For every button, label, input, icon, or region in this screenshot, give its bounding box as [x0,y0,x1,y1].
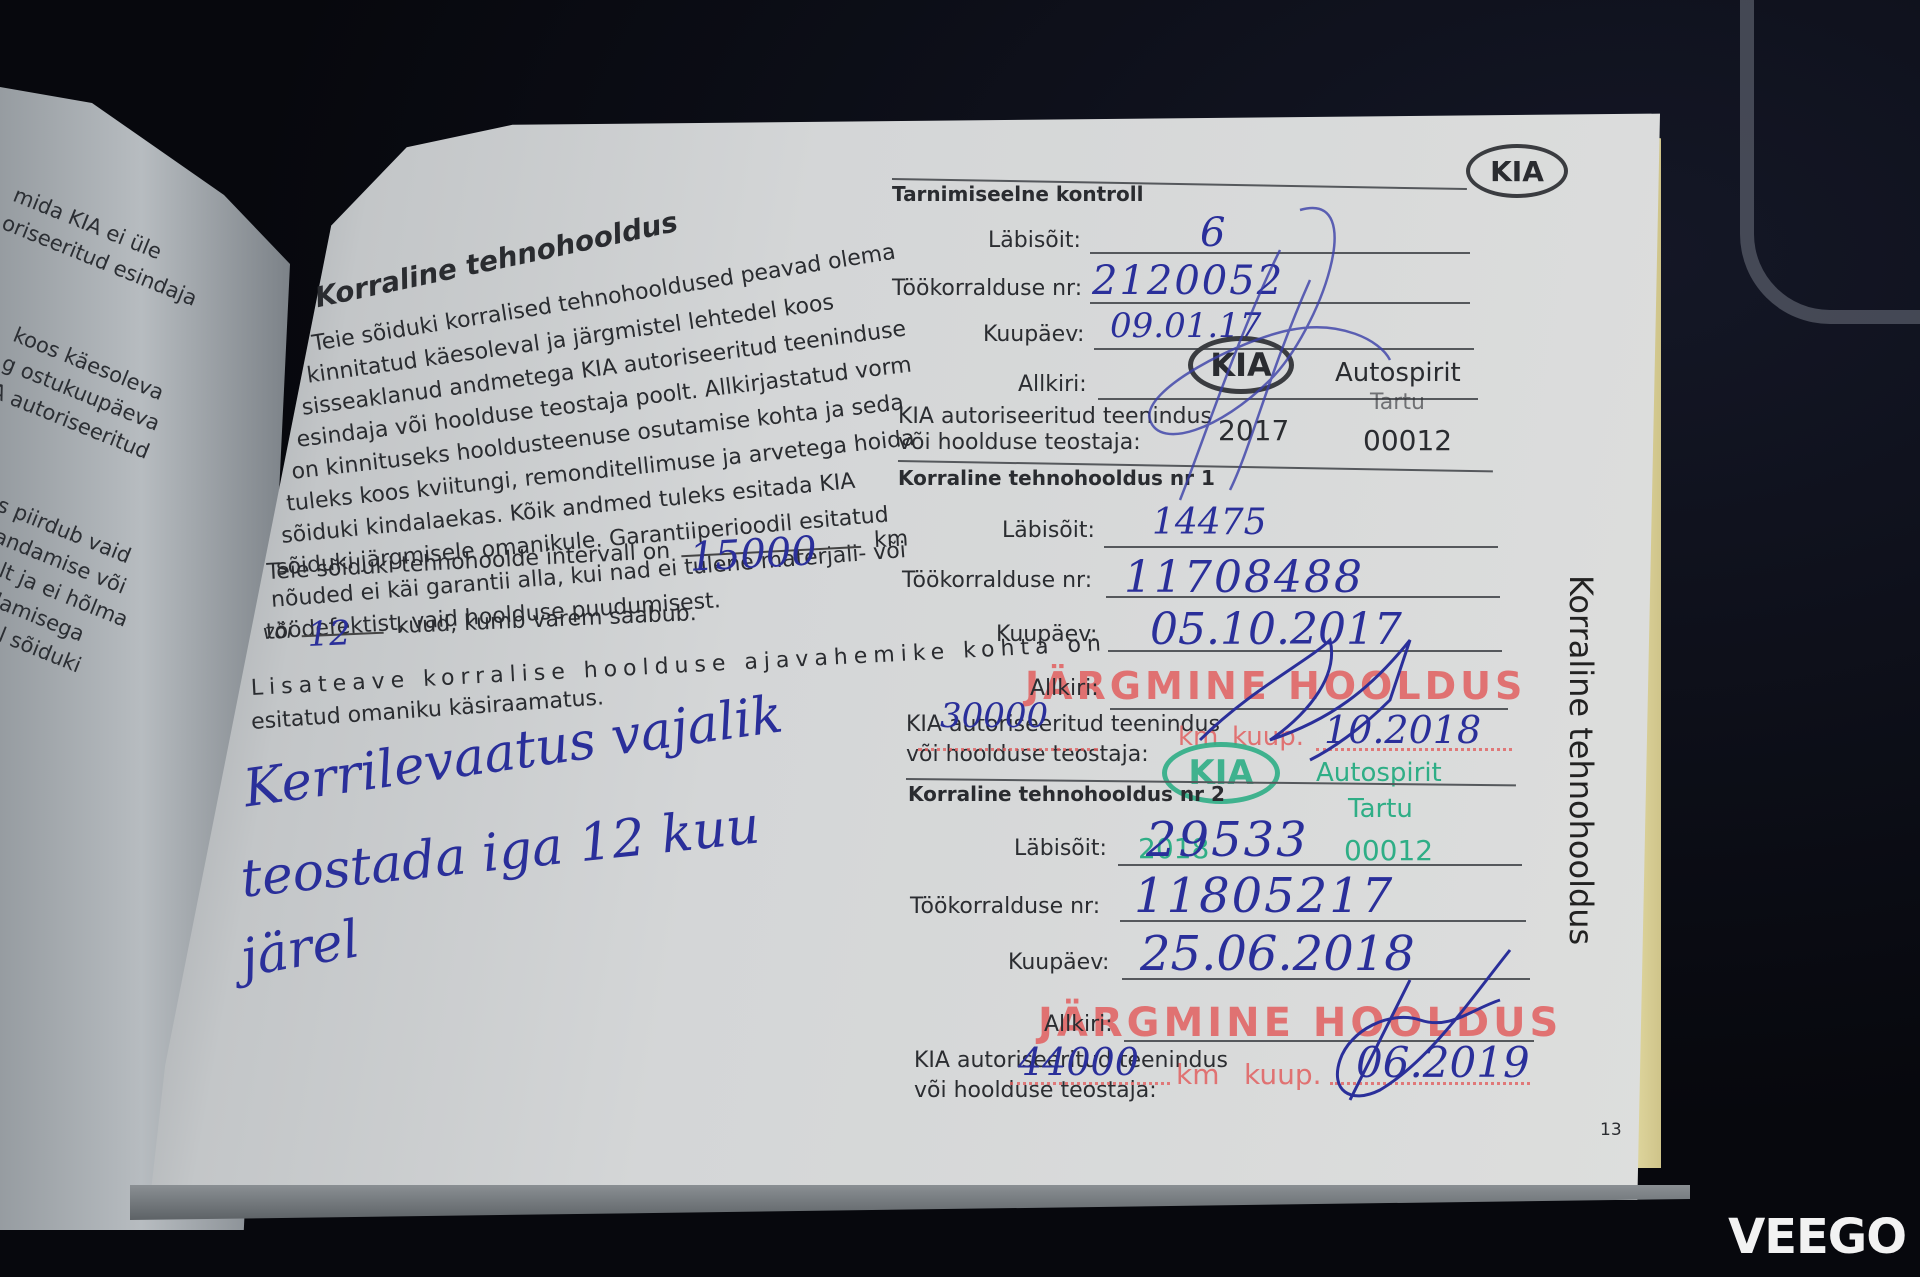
stamp-city: Tartu [1348,794,1413,824]
next-service-km: 30000 [940,696,1048,736]
field-label: Kuupäev: [1008,950,1109,975]
next-service-km-dots [1010,1082,1170,1085]
field-label: Läbisõit: [1002,518,1095,543]
signature-scribble [1190,600,1430,770]
next-service-km-label: km [1176,1058,1220,1091]
field-value-work-order: 11805217 [1134,868,1394,924]
field-label: Töökorralduse nr: [910,894,1100,919]
field-value-work-order: 11708488 [1124,552,1364,603]
field-label: Töökorralduse nr: [892,276,1082,301]
signature-scribble [1120,190,1400,510]
field-label: Kuupäev: [996,622,1097,647]
field-value-mileage: 29533 [1146,812,1309,868]
side-tab-title: Korraline tehnohooldus [1562,575,1600,945]
watermark-logo: VEEGO [1728,1209,1906,1265]
stamp-code: 00012 [1344,834,1433,867]
field-label: Allkiri: [1018,372,1087,397]
next-service-km: 44000 [1018,1040,1139,1084]
field-label: Allkiri: [1044,1012,1113,1037]
section-title: Tarnimiseelne kontroll [892,182,1143,206]
signature-scribble [1270,940,1530,1110]
next-service-km-dots [918,748,1098,751]
field-line [1104,546,1498,548]
page-number: 13 [1600,1120,1622,1140]
field-label: Töökorralduse nr: [902,568,1092,593]
field-label: Läbisõit: [988,228,1081,253]
field-label: Läbisõit: [1014,836,1107,861]
section-title: Korraline tehnohooldus nr 2 [908,782,1225,806]
field-label: Kuupäev: [983,322,1084,347]
service-form: Tarnimiseelne kontroll Läbisõit: 6 Tööko… [0,0,1920,1277]
